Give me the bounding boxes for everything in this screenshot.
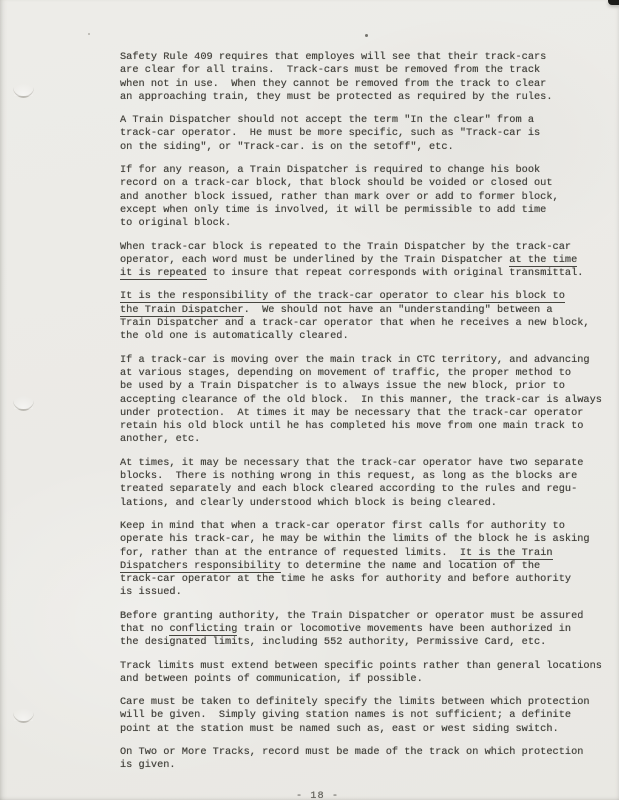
text-line: A Train Dispatcher should not accept the… [120, 114, 602, 127]
text-line: at various stages, depending on movement… [120, 367, 602, 380]
text-line: be used by a Train Dispatcher is to alwa… [120, 380, 602, 393]
text-segment: and another block issued, rather than ma… [120, 191, 559, 203]
text-line: when not in use. When they cannot be rem… [120, 78, 602, 91]
paragraph-5: It is the responsibility of the track-ca… [120, 290, 602, 343]
text-segment: operate his track-car, he may be within … [120, 533, 590, 545]
text-segment: point at the station must be named such … [120, 723, 559, 735]
text-segment: train or locomotive movements have been … [237, 623, 571, 635]
text-line: retain his old block until he has comple… [120, 420, 602, 433]
text-line: Keep in mind that when a track-car opera… [120, 520, 602, 533]
text-segment: are clear for all trains. Track-cars mus… [120, 64, 540, 76]
hole-punch-mark [13, 86, 34, 98]
text-segment: treated separately and each block cleare… [120, 483, 577, 495]
paragraph-8: Keep in mind that when a track-car opera… [120, 520, 602, 600]
text-line: accepting clearance of the old block. In… [120, 394, 602, 407]
text-segment: the old one is automatically cleared. [120, 330, 349, 342]
text-line: Train Dispatcher and a track-car operato… [120, 317, 602, 330]
paragraph-7: At times, it may be necessary that the t… [120, 457, 602, 510]
text-segment: is issued. [120, 586, 182, 598]
text-segment: to insure that repeat corresponds with o… [207, 267, 584, 279]
text-segment: the designated limits, including 552 aut… [120, 636, 546, 648]
text-segment: be used by a Train Dispatcher is to alwa… [120, 380, 565, 392]
text-segment: at various stages, depending on movement… [120, 367, 571, 379]
text-segment: When track-car block is repeated to the … [120, 241, 571, 253]
hole-punch-mark [13, 711, 34, 723]
text-segment: when not in use. When they cannot be rem… [120, 78, 546, 90]
text-line: Before granting authority, the Train Dis… [120, 610, 602, 623]
text-line: operate his track-car, he may be within … [120, 533, 602, 546]
text-segment: to determine the name and location of th… [281, 560, 541, 572]
text-segment: another, etc. [120, 433, 200, 445]
underlined-text: at the time [509, 254, 577, 267]
paragraph-3: If for any reason, a Train Dispatcher is… [120, 164, 602, 230]
paragraph-11: Care must be taken to definitely specify… [120, 696, 602, 736]
text-segment: If a track-car is moving over the main t… [120, 354, 590, 366]
text-segment: On Two or More Tracks, record must be ma… [120, 746, 583, 758]
paragraph-4: When track-car block is repeated to the … [120, 241, 602, 281]
text-line: are clear for all trains. Track-cars mus… [120, 64, 602, 77]
underlined-text: It is the responsibility of the track-ca… [120, 290, 565, 303]
text-segment: Keep in mind that when a track-car opera… [120, 520, 565, 532]
scan-speck [365, 34, 368, 37]
text-line: Safety Rule 409 requires that employes w… [120, 51, 602, 64]
text-line: operator, each word must be underlined b… [120, 254, 602, 267]
paragraph-6: If a track-car is moving over the main t… [120, 354, 602, 447]
text-line: lations, and clearly understood which bl… [120, 497, 602, 510]
underlined-text: conflicting [169, 623, 237, 636]
text-line: At times, it may be necessary that the t… [120, 457, 602, 470]
paragraph-9: Before granting authority, the Train Dis… [120, 610, 602, 650]
text-line: and another block issued, rather than ma… [120, 191, 602, 204]
text-segment: retain his old block until he has comple… [120, 420, 583, 432]
text-line: the old one is automatically cleared. [120, 330, 602, 343]
text-line: track-car operator. He must be more spec… [120, 127, 602, 140]
underlined-text: the Train Dispatcher [120, 304, 244, 317]
text-segment: to original block. [120, 217, 231, 229]
text-line: to original block. [120, 217, 602, 230]
text-segment: Safety Rule 409 requires that employes w… [120, 51, 546, 63]
text-segment: track-car operator at the time he asks f… [120, 573, 571, 585]
text-line: If for any reason, a Train Dispatcher is… [120, 164, 602, 177]
text-segment: an approaching train, they must be prote… [120, 91, 553, 103]
text-segment: . We should not have an "understanding" … [244, 304, 553, 316]
paragraph-1: Safety Rule 409 requires that employes w… [120, 51, 602, 104]
paragraph-10: Track limits must extend between specifi… [120, 660, 602, 687]
text-segment: accepting clearance of the old block. In… [120, 394, 602, 406]
text-line: another, etc. [120, 433, 602, 446]
page-number: - 18 - [0, 790, 619, 800]
text-segment: for, rather than at the entrance of requ… [120, 547, 460, 559]
text-line: track-car operator at the time he asks f… [120, 573, 602, 586]
text-segment: record on a track-car block, that block … [120, 177, 553, 189]
text-segment: At times, it may be necessary that the t… [120, 457, 583, 469]
text-segment: track-car operator. He must be more spec… [120, 127, 540, 139]
text-line: will be given. Simply giving station nam… [120, 709, 602, 722]
text-line: for, rather than at the entrance of requ… [120, 547, 602, 560]
text-line: is issued. [120, 586, 602, 599]
text-segment: and between points of communication, if … [120, 673, 423, 685]
text-segment: Before granting authority, the Train Dis… [120, 610, 583, 622]
scan-speck [88, 33, 90, 35]
text-line: is given. [120, 759, 602, 772]
text-segment: lations, and clearly understood which bl… [120, 497, 497, 509]
paragraph-12: On Two or More Tracks, record must be ma… [120, 746, 602, 773]
underlined-text: Dispatchers responsibility [120, 560, 281, 573]
scanned-document-page: Safety Rule 409 requires that employes w… [0, 0, 619, 800]
text-line: On Two or More Tracks, record must be ma… [120, 746, 602, 759]
text-segment: will be given. Simply giving station nam… [120, 709, 571, 721]
text-line: on the siding", or "Track-car. is on the… [120, 141, 602, 154]
text-segment: operator, each word must be underlined b… [120, 254, 509, 266]
text-line: under protection. At times it may be nec… [120, 407, 602, 420]
text-line: the designated limits, including 552 aut… [120, 636, 602, 649]
text-line: record on a track-car block, that block … [120, 177, 602, 190]
text-line: the Train Dispatcher. We should not have… [120, 304, 602, 317]
underlined-text: It is the Train [460, 547, 553, 560]
text-line: point at the station must be named such … [120, 723, 602, 736]
text-line: it is repeated to insure that repeat cor… [120, 267, 602, 280]
text-segment: blocks. There is nothing wrong in this r… [120, 470, 577, 482]
text-segment: that no [120, 623, 169, 635]
text-line: that no conflicting train or locomotive … [120, 623, 602, 636]
text-segment: Track limits must extend between specifi… [120, 660, 602, 672]
text-line: It is the responsibility of the track-ca… [120, 290, 602, 303]
text-line: treated separately and each block cleare… [120, 483, 602, 496]
text-line: Dispatchers responsibility to determine … [120, 560, 602, 573]
text-line: Track limits must extend between specifi… [120, 660, 602, 673]
text-line: When track-car block is repeated to the … [120, 241, 602, 254]
text-segment: except when only time is involved, it wi… [120, 204, 546, 216]
text-segment: A Train Dispatcher should not accept the… [120, 114, 534, 126]
text-segment: If for any reason, a Train Dispatcher is… [120, 164, 540, 176]
paragraph-2: A Train Dispatcher should not accept the… [120, 114, 602, 154]
hole-punch-mark [13, 399, 34, 411]
text-segment: under protection. At times it may be nec… [120, 407, 583, 419]
text-line: If a track-car is moving over the main t… [120, 354, 602, 367]
text-segment: Care must be taken to definitely specify… [120, 696, 590, 708]
underlined-text: it is repeated [120, 267, 207, 280]
text-segment: Train Dispatcher and a track-car operato… [120, 317, 590, 329]
text-segment: is given. [120, 759, 176, 771]
text-line: except when only time is involved, it wi… [120, 204, 602, 217]
document-body: Safety Rule 409 requires that employes w… [120, 51, 602, 783]
text-line: blocks. There is nothing wrong in this r… [120, 470, 602, 483]
text-line: an approaching train, they must be prote… [120, 91, 602, 104]
text-segment: on the siding", or "Track-car. is on the… [120, 141, 454, 153]
text-line: and between points of communication, if … [120, 673, 602, 686]
scan-artifact-corner [608, 0, 619, 5]
text-line: Care must be taken to definitely specify… [120, 696, 602, 709]
